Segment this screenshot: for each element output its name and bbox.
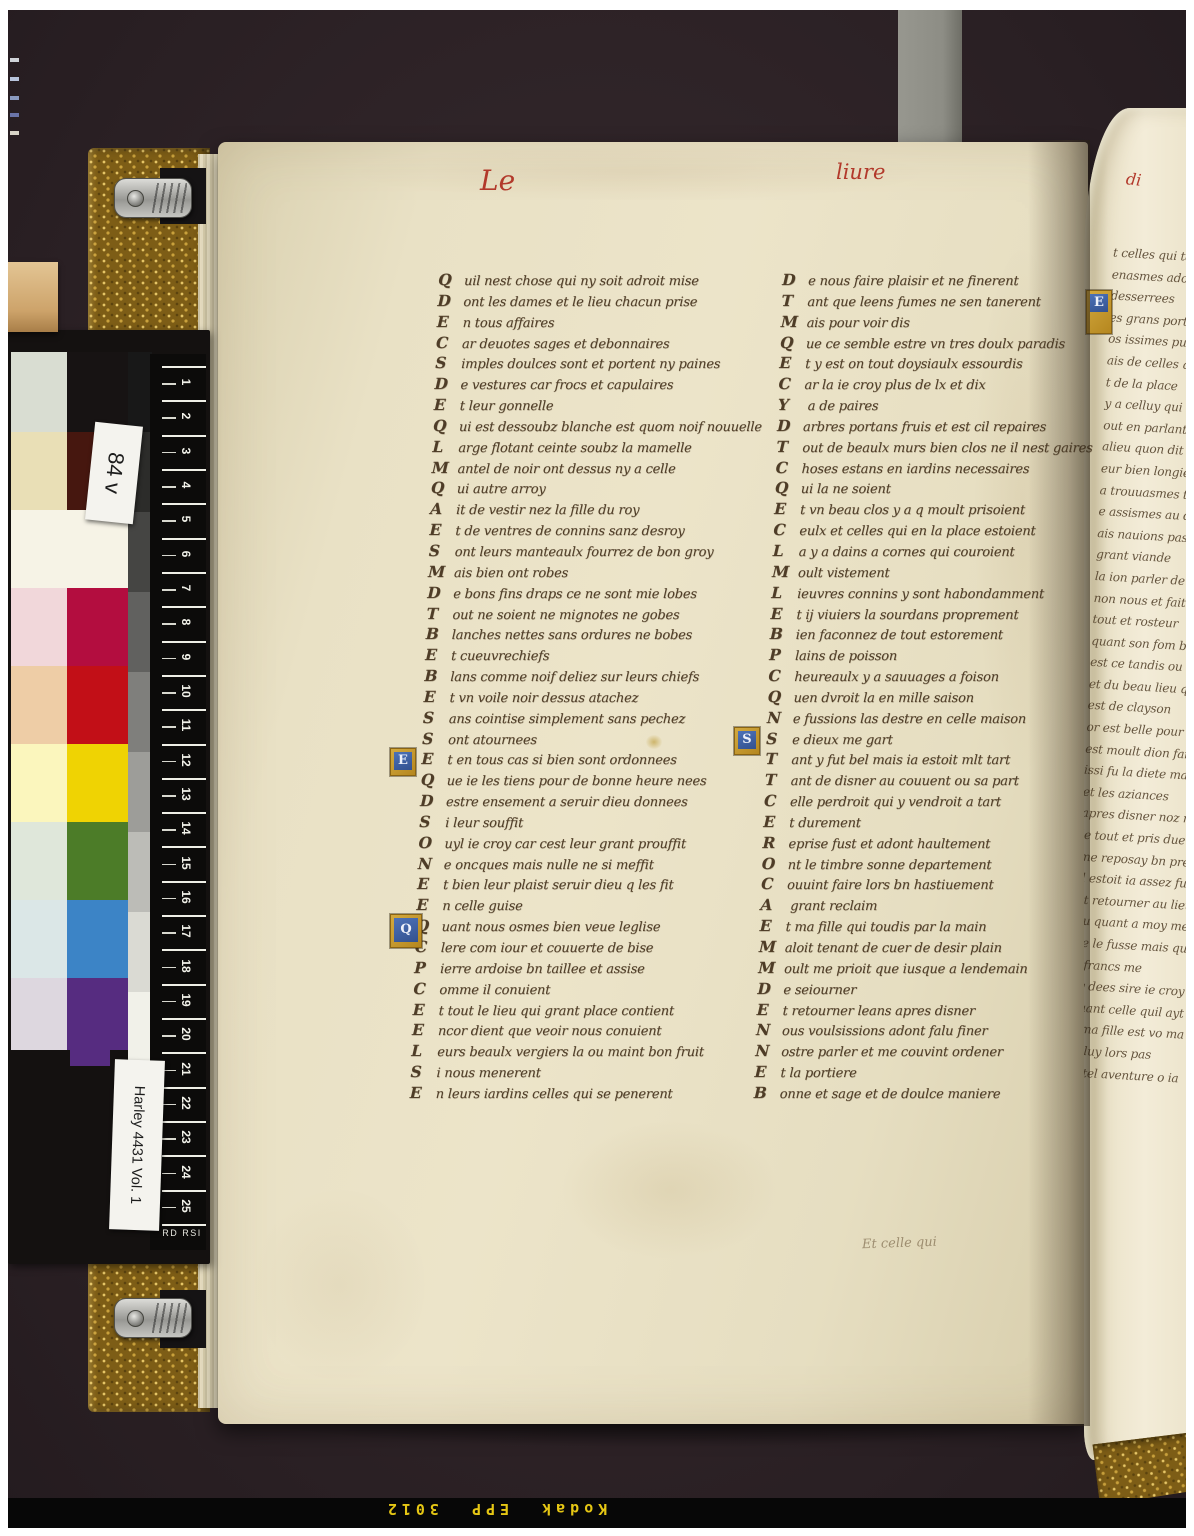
color-patch-solid xyxy=(67,978,128,1050)
ruler-half-tick xyxy=(162,1138,176,1140)
color-patch-solid xyxy=(67,822,128,900)
ruler-tick xyxy=(162,881,206,883)
ruler-half-tick xyxy=(162,486,176,488)
line-capital: T xyxy=(426,604,453,625)
line-capital: N xyxy=(417,854,444,875)
gray-step xyxy=(128,352,152,432)
ruler-tick xyxy=(162,675,206,677)
line-text: out ne soient ne mignotes ne gobes xyxy=(452,608,680,623)
manuscript-line: Qui autre arroy xyxy=(431,478,768,499)
ruler-half-tick xyxy=(162,967,176,969)
line-capital: Y xyxy=(777,395,804,416)
line-text: eulx et celles qui en la place estoient xyxy=(799,524,1036,539)
line-capital: L xyxy=(411,1041,438,1062)
color-patch-solid xyxy=(67,744,128,822)
color-patch-solid xyxy=(67,900,128,978)
ruler-tick xyxy=(162,846,206,848)
manuscript-line: Pierre ardoise bn taillee et assise xyxy=(414,958,751,979)
line-capital: E xyxy=(416,895,443,916)
ruler-number: 10 xyxy=(179,679,193,703)
line-capital: E xyxy=(412,1000,439,1021)
line-text: e seiourner xyxy=(783,983,856,998)
purple-patch-tab xyxy=(70,1048,110,1066)
line-text: ncor dient que veoir nous conuient xyxy=(438,1024,662,1039)
line-capital: S xyxy=(419,812,446,833)
line-capital: R xyxy=(762,833,789,854)
line-capital: P xyxy=(414,958,441,979)
line-text: imples doulces sont et portent ny paines xyxy=(461,357,721,372)
line-capital: D xyxy=(777,416,804,437)
line-capital: N xyxy=(767,708,794,729)
manuscript-line: Mais bien ont robes xyxy=(428,562,765,583)
line-text: onne et sage et de doulce maniere xyxy=(780,1087,1001,1102)
line-text: arge flotant ceinte soubz la mamelle xyxy=(458,441,692,456)
line-text: ue ce semble estre vn tres doulx paradis xyxy=(806,337,1066,352)
page-clamp-top xyxy=(114,178,192,218)
ruler-half-tick xyxy=(162,1104,176,1106)
line-capital: E xyxy=(423,687,450,708)
ruler-half-tick xyxy=(162,520,176,522)
line-text: e fussions las destre en celle maison xyxy=(793,712,1027,727)
color-patch-row xyxy=(11,978,128,1050)
color-patch-tint xyxy=(11,744,67,822)
line-text: e dieux me gart xyxy=(792,733,893,748)
ruler-tick xyxy=(162,812,206,814)
color-patch-row xyxy=(11,822,128,900)
line-capital: D xyxy=(434,374,461,395)
line-capital: E xyxy=(754,1062,781,1083)
line-text: antel de noir ont dessus ny a celle xyxy=(457,462,676,477)
ruler-number: 18 xyxy=(179,954,193,978)
ruler-number: 7 xyxy=(179,576,193,600)
line-text: grant reclaim xyxy=(786,899,877,914)
line-text: ais bien ont robes xyxy=(454,566,569,581)
manuscript-line: En leurs iardins celles qui se penerent xyxy=(409,1083,746,1104)
line-text: arbres portans fruis et est cil repaires xyxy=(803,420,1047,435)
line-capital: E xyxy=(433,395,460,416)
manuscript-line: Et tout le lieu qui grant place contient xyxy=(412,1000,749,1021)
cradle-band xyxy=(898,10,962,146)
ruler-tick xyxy=(162,1052,206,1054)
initial-letter: E xyxy=(394,752,412,770)
shelfmark-text: Harley 4431 Vol. 1 xyxy=(127,1086,147,1205)
line-capital: Q xyxy=(431,478,458,499)
photo-stage: Le liure Quil nest chose qui ny soit adr… xyxy=(0,0,1194,1536)
ruler-number: 22 xyxy=(179,1091,193,1115)
line-capital: E xyxy=(429,520,456,541)
ruler-half-tick xyxy=(162,1035,176,1037)
line-text: ais pour voir dis xyxy=(806,316,910,331)
line-capital: D xyxy=(782,270,809,291)
manuscript-line: Et cueuvrechiefs xyxy=(425,645,762,666)
line-text: ont atournees xyxy=(448,733,537,748)
line-capital: E xyxy=(770,604,797,625)
color-patch-solid xyxy=(67,352,128,432)
manuscript-line: De bons fins draps ce ne sont mie lobes xyxy=(427,583,764,604)
line-capital: M xyxy=(758,958,785,979)
line-text: ont leurs manteaulx fourrez de bon groy xyxy=(454,545,713,560)
folio-number-text: 84 v xyxy=(99,451,129,495)
clamp-screw xyxy=(127,1310,144,1327)
line-text: uil nest chose qui ny soit adroit mise xyxy=(464,274,699,289)
ruler-number: 19 xyxy=(179,988,193,1012)
ruler-number: 15 xyxy=(179,851,193,875)
color-patch-tint xyxy=(11,432,67,510)
line-text: t ij viuiers la sourdans proprement xyxy=(796,608,1019,623)
line-capital: D xyxy=(420,791,447,812)
line-text: nt le timbre sonne departement xyxy=(788,858,992,873)
color-patch-solid xyxy=(67,588,128,666)
line-capital: Q xyxy=(438,270,465,291)
line-text: i leur souffit xyxy=(445,816,523,831)
line-capital: E xyxy=(409,1083,436,1104)
line-text: t durement xyxy=(789,816,861,831)
ruler-number: 13 xyxy=(179,782,193,806)
text-column-left: Quil nest chose qui ny soit adroit miseD… xyxy=(409,270,774,1104)
color-patch-row xyxy=(11,352,128,432)
line-text: ant que leens fumes ne sen tanerent xyxy=(807,295,1041,310)
line-capital: S xyxy=(428,541,455,562)
line-capital: Q xyxy=(767,687,794,708)
line-text: ui autre arroy xyxy=(457,482,546,497)
illuminated-initial: E xyxy=(390,748,416,776)
film-rebate-strip: Kodak EPP 3012 xyxy=(8,1498,1186,1528)
line-capital: C xyxy=(761,874,788,895)
line-capital: M xyxy=(759,937,786,958)
ruler-tick xyxy=(162,1018,206,1020)
ruler-number: 12 xyxy=(179,748,193,772)
clamp-grip xyxy=(152,1303,187,1333)
ruler-tick xyxy=(162,606,206,608)
line-text: ouuint faire lors bn hastiuement xyxy=(787,878,994,893)
ruler-number: 17 xyxy=(179,919,193,943)
color-patch-row xyxy=(11,900,128,978)
line-text: it de vestir nez la fille du roy xyxy=(456,503,640,518)
manuscript-line: Mantel de noir ont dessus ny a celle xyxy=(431,458,768,479)
ruler-number: 16 xyxy=(179,885,193,909)
manuscript-line: Sont atournees xyxy=(422,729,759,750)
line-text: lere com iour et couuerte de bise xyxy=(441,941,654,956)
manuscript-line: Que ie les tiens pour de bonne heure nee… xyxy=(420,770,757,791)
line-text: t de ventres de connins sanz desroy xyxy=(455,524,685,539)
line-text: t bien leur plaist seruir dieu q les fit xyxy=(443,878,674,893)
line-capital: L xyxy=(432,437,459,458)
manuscript-line: Leurs beaulx vergiers la ou maint bon fr… xyxy=(411,1041,748,1062)
film-edge-mark xyxy=(10,131,19,135)
manuscript-line: Et de ventres de connins sanz desroy xyxy=(429,520,766,541)
ruler-number: 24 xyxy=(179,1160,193,1184)
color-patch-tint xyxy=(11,510,67,588)
manuscript-line: Si nous menerent xyxy=(410,1062,747,1083)
clamp-screw xyxy=(127,190,144,207)
gray-step xyxy=(128,672,152,752)
line-capital: C xyxy=(764,791,791,812)
manuscript-line: Clere com iour et couuerte de bise xyxy=(415,937,752,958)
ruler-half-tick xyxy=(162,1173,176,1175)
manuscript-line: En celle guise xyxy=(416,895,753,916)
ruler-half-tick xyxy=(162,555,176,557)
line-text: lains de poisson xyxy=(795,649,898,664)
ruler-tick xyxy=(162,1087,206,1089)
line-text: e vestures car frocs et capulaires xyxy=(460,378,673,393)
line-capital: E xyxy=(774,499,801,520)
ruler-half-tick xyxy=(162,692,176,694)
manuscript-line: Encor dient que veoir nous conuient xyxy=(412,1020,749,1041)
film-edge-mark xyxy=(10,96,19,100)
line-capital: M xyxy=(431,458,458,479)
line-capital: P xyxy=(769,645,796,666)
illuminated-initial: Q xyxy=(390,914,422,948)
line-capital: L xyxy=(771,583,798,604)
ruler-tick xyxy=(162,778,206,780)
color-patch-row xyxy=(11,588,128,666)
line-capital: S xyxy=(435,353,462,374)
line-text: t ma fille qui toudis par la main xyxy=(785,920,986,935)
line-capital: B xyxy=(753,1083,780,1104)
film-edge-mark xyxy=(10,77,19,81)
line-capital: L xyxy=(772,541,799,562)
line-text: ui est dessoubz blanche est quom noif no… xyxy=(459,420,762,435)
manuscript-line: En tous affaires xyxy=(436,312,773,333)
line-capital: T xyxy=(776,437,803,458)
manuscript-line: Comme il conuient xyxy=(413,979,750,1000)
ruler-half-tick xyxy=(162,452,176,454)
manuscript-line: Et en tous cas si bien sont ordonnees xyxy=(421,749,758,770)
line-capital: Q xyxy=(420,770,447,791)
line-capital: O xyxy=(761,854,788,875)
line-text: hoses estans en iardins necessaires xyxy=(801,462,1029,477)
line-capital: M xyxy=(780,312,807,333)
ruler-number: 11 xyxy=(179,713,193,737)
film-edge-mark xyxy=(10,113,19,117)
ruler-half-tick xyxy=(162,932,176,934)
line-text: e oncques mais nulle ne si meffit xyxy=(444,858,655,873)
line-text: i nous menerent xyxy=(436,1066,541,1081)
manuscript-line: Et vn voile noir dessus atachez xyxy=(423,687,760,708)
film-frame-bottom xyxy=(0,1528,1194,1536)
line-capital: C xyxy=(768,666,795,687)
ruler-tick xyxy=(162,949,206,951)
color-patch-row xyxy=(11,666,128,744)
color-patch-row xyxy=(11,744,128,822)
line-capital: N xyxy=(755,1041,782,1062)
line-text: eurs beaulx vergiers la ou maint bon fru… xyxy=(437,1045,704,1060)
ruler-half-tick xyxy=(162,623,176,625)
color-patch-tint xyxy=(11,352,67,432)
line-text: oult vistement xyxy=(798,566,890,581)
manuscript-line: Large flotant ceinte soubz la mamelle xyxy=(432,437,769,458)
line-text: oult me prioit que iusque a lendemain xyxy=(784,962,1028,977)
ruler-tick xyxy=(162,1190,206,1192)
running-title-right: liure xyxy=(836,160,885,184)
ruler-number: 25 xyxy=(179,1194,193,1218)
line-capital: E xyxy=(756,1000,783,1021)
line-text: a de paires xyxy=(804,399,879,414)
ruler-half-tick xyxy=(162,417,176,419)
line-capital: E xyxy=(425,645,452,666)
parchment-stain xyxy=(255,1190,425,1380)
folio-number-label: 84 v xyxy=(85,422,143,524)
manuscript-line: Quil nest chose qui ny soit adroit mise xyxy=(438,270,775,291)
line-text: elle perdroit qui y vendroit a tart xyxy=(790,795,1002,810)
ruler-tick xyxy=(162,503,206,505)
ruler-tick xyxy=(162,400,206,402)
color-patch-tint xyxy=(11,978,67,1050)
line-text: t vn voile noir dessus atachez xyxy=(449,691,638,706)
initial-letter: S xyxy=(738,731,756,749)
line-text: t retourner leans apres disner xyxy=(782,1004,975,1019)
manuscript-line: Sans cointise simplement sans pechez xyxy=(423,708,760,729)
manuscript-line: Car deuotes sages et debonnaires xyxy=(436,333,773,354)
line-text: heureaulx y a sauuages a foison xyxy=(794,670,999,685)
line-capital: M xyxy=(772,562,799,583)
ruler-tick xyxy=(162,744,206,746)
line-text: ar deuotes sages et debonnaires xyxy=(462,337,670,352)
line-capital: Q xyxy=(780,333,807,354)
ruler-tick xyxy=(162,709,206,711)
film-edge-text-wrap: Kodak EPP 3012 xyxy=(320,1500,670,1526)
ruler-tick xyxy=(162,1155,206,1157)
manuscript-line: Ait de vestir nez la fille du roy xyxy=(430,499,767,520)
ruler-half-tick xyxy=(162,1207,176,1209)
ruler-number: 9 xyxy=(179,645,193,669)
line-text: t en tous cas si bien sont ordonnees xyxy=(447,753,677,768)
color-patch-tint xyxy=(11,666,67,744)
ruler-number: 2 xyxy=(179,404,193,428)
ruler-half-tick xyxy=(162,898,176,900)
ruler-number: 4 xyxy=(179,473,193,497)
line-text: ar la ie croy plus de lx et dix xyxy=(804,378,986,393)
color-patch-tint xyxy=(11,900,67,978)
ruler-half-tick xyxy=(162,761,176,763)
line-capital: S xyxy=(422,729,449,750)
line-capital: N xyxy=(756,1020,783,1041)
line-capital: C xyxy=(436,333,463,354)
film-frame-top xyxy=(0,0,1194,10)
line-capital: E xyxy=(417,874,444,895)
ruler-number: 21 xyxy=(179,1057,193,1081)
gray-step xyxy=(128,912,152,992)
ruler-tick xyxy=(162,366,206,368)
ruler-number: 8 xyxy=(179,610,193,634)
line-text: t vn beau clos y a q moult prisoient xyxy=(800,503,1025,518)
gray-step xyxy=(128,752,152,832)
next-folio-rubric: di xyxy=(1125,169,1142,190)
line-capital: C xyxy=(775,458,802,479)
color-patch-tint xyxy=(11,588,67,666)
gray-step xyxy=(128,592,152,672)
line-capital: C xyxy=(773,520,800,541)
line-capital: E xyxy=(759,916,786,937)
line-capital: E xyxy=(412,1020,439,1041)
manuscript-line: Ouyl ie croy car cest leur grant prouffi… xyxy=(418,833,755,854)
line-capital: S xyxy=(423,708,450,729)
ruler-number: 20 xyxy=(179,1022,193,1046)
film-edge-text: Kodak EPP 3012 xyxy=(320,1500,670,1518)
line-text: estre ensement a seruir dieu donnees xyxy=(446,795,688,810)
line-text: e nous faire plaisir et ne finerent xyxy=(808,274,1019,289)
ruler-tick xyxy=(162,435,206,437)
line-text: ant de disner au couuent ou sa part xyxy=(790,774,1019,789)
ruler-number: 1 xyxy=(179,370,193,394)
ruler-half-tick xyxy=(162,1001,176,1003)
ruler-half-tick xyxy=(162,864,176,866)
line-text: t tout le lieu qui grant place contient xyxy=(438,1004,674,1019)
manuscript-line: Quant nous osmes bien veue leglise xyxy=(415,916,752,937)
clamp-grip xyxy=(152,183,187,213)
manuscript-line: Ne oncques mais nulle ne si meffit xyxy=(417,854,754,875)
line-text: e bons fins draps ce ne sont mie lobes xyxy=(453,587,697,602)
ruler-footer-text: RD RSI xyxy=(158,1228,206,1238)
line-capital: A xyxy=(430,499,457,520)
wooden-support xyxy=(0,262,58,332)
manuscript-line: Destre ensement a seruir dieu donnees xyxy=(420,791,757,812)
line-capital: Q xyxy=(775,478,802,499)
ruler-number: 14 xyxy=(179,816,193,840)
catchword: Et celle qui xyxy=(862,1235,937,1253)
manuscript-line: Blans comme noif deliez sur leurs chiefs xyxy=(424,666,761,687)
line-capital: D xyxy=(427,583,454,604)
manuscript-line: Tout ne soient ne mignotes ne gobes xyxy=(426,604,763,625)
line-capital: C xyxy=(413,979,440,1000)
line-text: n tous affaires xyxy=(462,316,554,331)
manuscript-line: Et leur gonnelle xyxy=(433,395,770,416)
running-title-left: Le xyxy=(480,164,515,197)
line-capital: T xyxy=(764,770,791,791)
ruler-number: 5 xyxy=(179,507,193,531)
gutter-shadow xyxy=(1028,140,1090,1426)
page-clamp-bottom xyxy=(114,1298,192,1338)
color-patch-tint xyxy=(11,822,67,900)
manuscript-line: Blanches nettes sans ordures ne bobes xyxy=(425,624,762,645)
film-edge-mark xyxy=(10,58,19,62)
line-capital: T xyxy=(765,749,792,770)
line-capital: E xyxy=(763,812,790,833)
line-text: n celle guise xyxy=(442,899,523,914)
ruler-number: 3 xyxy=(179,439,193,463)
line-capital: M xyxy=(428,562,455,583)
manuscript-line: Si leur souffit xyxy=(419,812,756,833)
line-text: ans cointise simplement sans pechez xyxy=(449,712,686,727)
line-text: ieuvres connins y sont habondamment xyxy=(797,587,1044,602)
ruler-tick xyxy=(162,1121,206,1123)
line-text: lanches nettes sans ordures ne bobes xyxy=(452,628,693,643)
line-text: ue ie les tiens pour de bonne heure nees xyxy=(446,774,706,789)
line-capital: E xyxy=(436,312,463,333)
line-text: lans comme noif deliez sur leurs chiefs xyxy=(450,670,699,685)
line-capital: T xyxy=(781,291,808,312)
line-text: ierre ardoise bn taillee et assise xyxy=(440,962,645,977)
line-text: t leur gonnelle xyxy=(460,399,554,414)
line-text: t cueuvrechiefs xyxy=(451,649,550,664)
color-patch-solid xyxy=(67,666,128,744)
line-text: ant y fut bel mais ia estoit mlt tart xyxy=(791,753,1010,768)
initial-letter: Q xyxy=(394,918,418,942)
ruler-number: 6 xyxy=(179,542,193,566)
manuscript-line: Simples doulces sont et portent ny paine… xyxy=(435,353,772,374)
ruler-half-tick xyxy=(162,589,176,591)
ruler-half-tick xyxy=(162,658,176,660)
ruler-tick xyxy=(162,915,206,917)
ruler-half-tick xyxy=(162,795,176,797)
line-capital: Q xyxy=(433,416,460,437)
line-text: ostre parler et me couvint ordener xyxy=(781,1045,1003,1060)
line-text: uen dvroit la en mille saison xyxy=(793,691,974,706)
line-capital: C xyxy=(778,374,805,395)
ruler-tick xyxy=(162,469,206,471)
parchment-stain xyxy=(560,1120,780,1260)
manuscript-line: De vestures car frocs et capulaires xyxy=(434,374,771,395)
